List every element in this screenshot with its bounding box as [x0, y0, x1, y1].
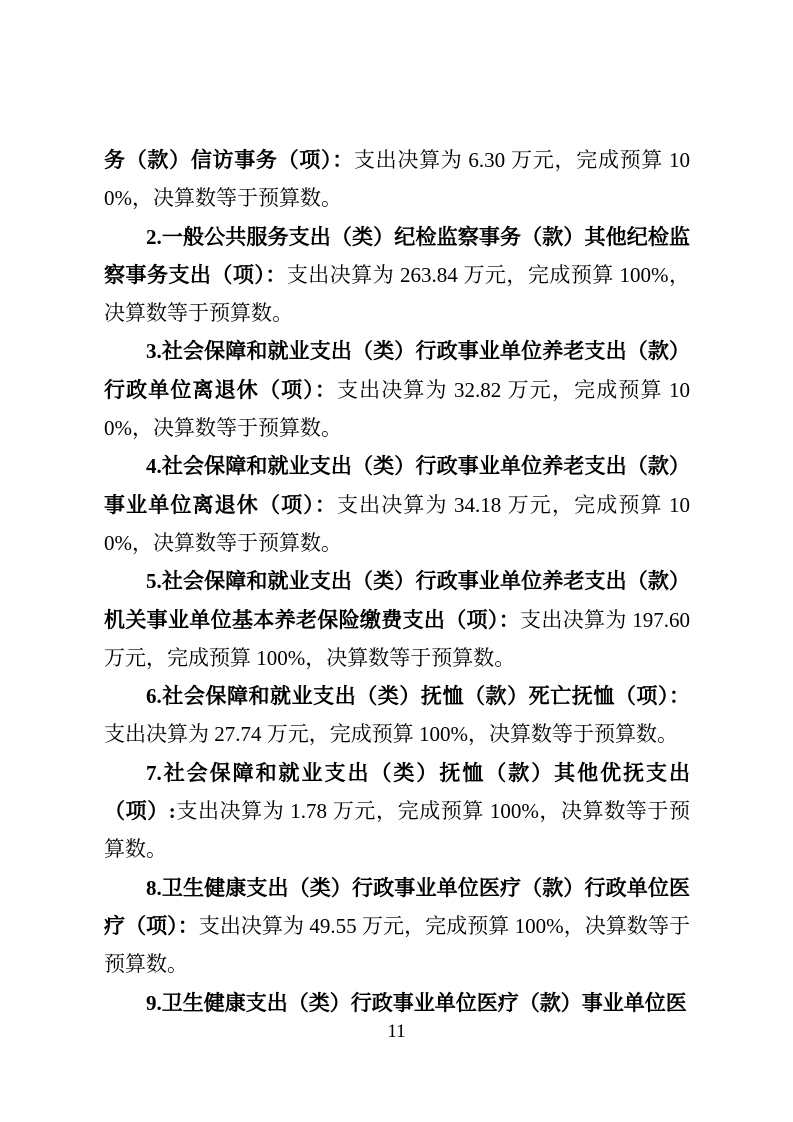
paragraph: 6.社会保障和就业支出（类）抚恤（款）死亡抚恤（项）：支出决算为 27.74 万… [104, 677, 690, 754]
paragraph: 3.社会保障和就业支出（类）行政事业单位养老支出（款）行政单位离退休（项）：支出… [104, 332, 690, 447]
paragraph-head: 务（款）信访事务（项）： [104, 148, 354, 172]
paragraph-body: 支出决算为 1.78 万元，完成预算 100%，决算数等于预算数。 [104, 799, 690, 861]
paragraph-body: 支出决算为 27.74 万元，完成预算 100%，决算数等于预算数。 [104, 722, 678, 746]
document-page: 务（款）信访事务（项）：支出决算为 6.30 万元，完成预算 100%，决算数等… [0, 0, 793, 1122]
paragraph: 4.社会保障和就业支出（类）行政事业单位养老支出（款）事业单位离退休（项）：支出… [104, 447, 690, 562]
paragraph: 7.社会保障和就业支出（类）抚恤（款）其他优抚支出（项）:支出决算为 1.78 … [104, 754, 690, 869]
paragraph-head: 6.社会保障和就业支出（类）抚恤（款）死亡抚恤（项）： [146, 684, 690, 708]
document-body: 务（款）信访事务（项）：支出决算为 6.30 万元，完成预算 100%，决算数等… [104, 141, 690, 1022]
paragraph: 2.一般公共服务支出（类）纪检监察事务（款）其他纪检监察事务支出（项）：支出决算… [104, 218, 690, 333]
paragraph: 务（款）信访事务（项）：支出决算为 6.30 万元，完成预算 100%，决算数等… [104, 141, 690, 218]
paragraph: 8.卫生健康支出（类）行政事业单位医疗（款）行政单位医疗（项）：支出决算为 49… [104, 869, 690, 984]
paragraph: 5.社会保障和就业支出（类）行政事业单位养老支出（款）机关事业单位基本养老保险缴… [104, 562, 690, 677]
paragraph: 9.卫生健康支出（类）行政事业单位医疗（款）事业单位医 [104, 984, 690, 1022]
page-number: 11 [0, 1018, 793, 1046]
paragraph-head: 9.卫生健康支出（类）行政事业单位医疗（款）事业单位医 [146, 991, 687, 1015]
